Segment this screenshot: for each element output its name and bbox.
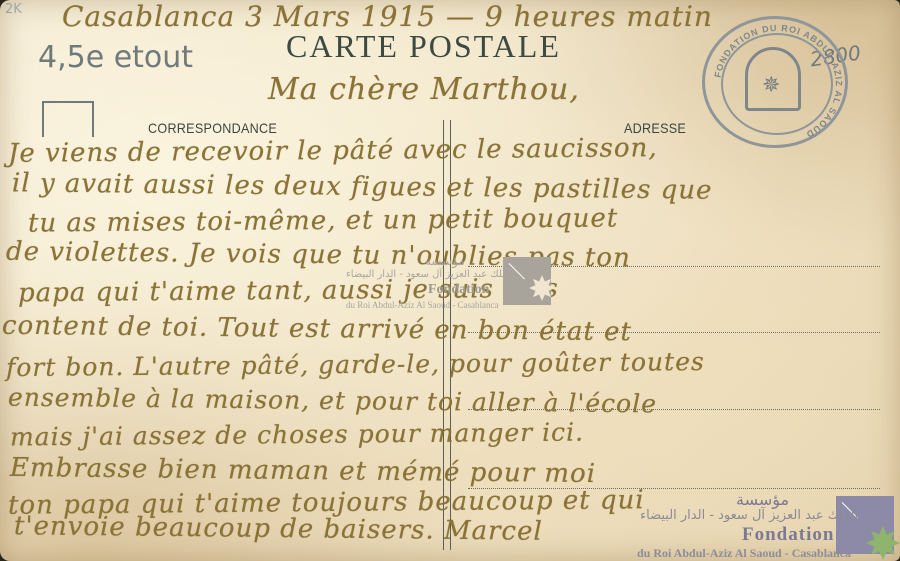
watermark-arabic-subtitle: الملك عبد العزيز آل سعود - الدار البيضاء xyxy=(346,269,514,280)
handwritten-dateline: Casablanca 3 Mars 1915 — 9 heures matin xyxy=(62,0,713,33)
pencil-reference-code: 2K xyxy=(5,2,22,17)
message-line: tu as mises toi-même, et un petit bouque… xyxy=(28,203,619,238)
watermark-arabic-title: مؤسسة xyxy=(736,490,789,509)
message-line: ensemble à la maison, et pour toi aller … xyxy=(8,383,657,419)
postcard-back: 2K 4,5e etout 2800 CARTE POSTALE CORRESP… xyxy=(0,0,900,561)
watermark-arabic-subtitle: الملك عبد العزيز آل سعود - الدار البيضاء xyxy=(640,508,858,523)
postcard-title: CARTE POSTALE xyxy=(286,28,561,65)
handwritten-salutation: Ma chère Marthou, xyxy=(268,72,580,107)
watermark-logo-icon xyxy=(503,257,551,305)
message-line: content de toi. Tout est arrivé en bon é… xyxy=(2,311,632,348)
watermark-latin-subtitle: du Roi Abdul-Aziz Al Saoud - Casablanca xyxy=(346,300,498,310)
foundation-stamp: FONDATION DU ROI ABDUL-AZIZ AL SAOUD ✵ xyxy=(702,16,848,148)
message-line: mais j'ai assez de choses pour manger ic… xyxy=(10,417,584,451)
message-line: Embrasse bien maman et mémé pour moi xyxy=(10,453,596,489)
watermark-latin-title: Fondation xyxy=(742,524,834,546)
star-icon: ✵ xyxy=(762,72,780,98)
pencil-price-note: 4,5e etout xyxy=(38,40,193,75)
correspondence-label: CORRESPONDANCE xyxy=(148,120,277,136)
watermark-arabic-title: مؤسسة xyxy=(425,254,465,268)
message-line: t'envoie beaucoup de baisers. Marcel xyxy=(14,511,543,547)
stamp-emblem-icon: ✵ xyxy=(745,47,801,111)
message-line: fort bon. L'autre pâté, garde-le, pour g… xyxy=(6,347,705,382)
message-line: il y avait aussi les deux figues et les … xyxy=(12,168,713,205)
pencil-bracket-mark xyxy=(42,101,94,137)
message-line: Je viens de recevoir le pâté avec le sau… xyxy=(8,133,658,169)
watermark-latin-subtitle: du Roi Abdul-Aziz Al Saoud - Casablanca xyxy=(637,546,851,561)
watermark-latin-title: Fondation xyxy=(428,282,489,298)
